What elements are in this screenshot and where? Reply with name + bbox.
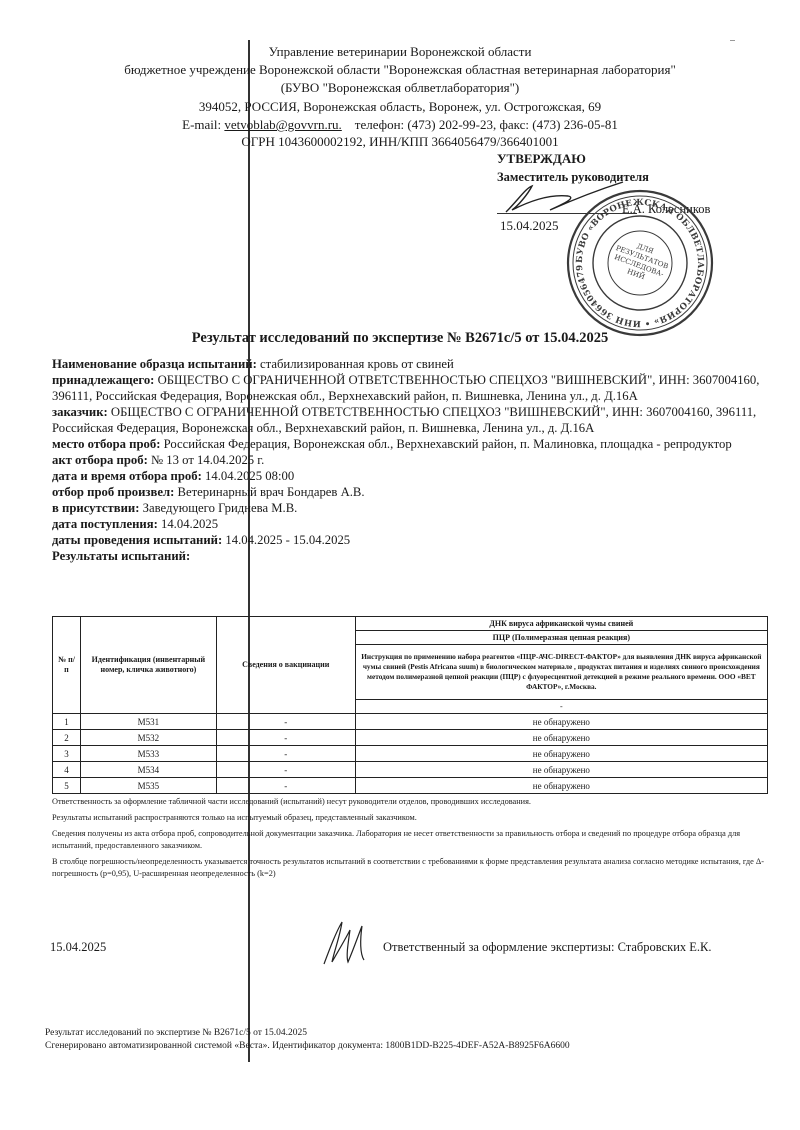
email-label: E-mail: (182, 117, 221, 132)
approval-title: УТВЕРЖДАЮ (497, 150, 649, 168)
info-customer: заказчик: ОБЩЕСТВО С ОГРАНИЧЕННОЙ ОТВЕТС… (52, 404, 762, 436)
disclaimer-notes: Ответственность за оформление табличной … (52, 796, 772, 884)
info-sampler: отбор проб произвел: Ветеринарный врач Б… (52, 484, 762, 500)
info-owner: принадлежащего: ОБЩЕСТВО С ОГРАНИЧЕННОЙ … (52, 372, 762, 404)
header-agency: Управление ветеринарии Воронежской облас… (0, 43, 800, 60)
responsible-person: Ответственный за оформление экспертизы: … (383, 940, 712, 955)
header-registration: ОГРН 1043600002192, ИНН/КПП 3664056479/3… (0, 133, 800, 150)
info-results-heading: Результаты испытаний: (52, 548, 762, 564)
sample-info: Наименование образца испытаний: стабилиз… (52, 356, 762, 564)
th-vaccination: Сведения о вакцинации (216, 617, 355, 714)
note-uncertainty: В столбце погрешность/неопределенность у… (52, 856, 772, 880)
info-witness: в присутствии: Заведующего Гриднева М.В. (52, 500, 762, 516)
scan-artifact-tick (730, 40, 735, 41)
footer-reference: Результат исследований по экспертизе № B… (45, 1027, 570, 1040)
header-short-name: (БУВО "Воронежская облветлаборатория") (0, 79, 800, 96)
results-table: № п/п Идентификация (инвентарный номер, … (52, 616, 768, 794)
th-result-method: ПЦР (Полимеразная цепная реакция) (355, 631, 767, 645)
footer-generated-id: Сгенерировано автоматизированной системо… (45, 1040, 570, 1053)
table-row: 2 M532 - не обнаружено (53, 730, 768, 746)
header-contacts: E-mail: vetvoblab@govvrn.ru. телефон: (4… (0, 116, 800, 133)
info-sampling-place: место отбора проб: Российская Федерация,… (52, 436, 762, 452)
header-address: 394052, РОССИЯ, Воронежская область, Вор… (0, 98, 800, 115)
table-row: 5 M535 - не обнаружено (53, 778, 768, 794)
note-scope: Результаты испытаний распространяются то… (52, 812, 772, 824)
th-identification: Идентификация (инвентарный номер, кличка… (80, 617, 216, 714)
info-sampling-datetime: дата и время отбора проб: 14.04.2025 08:… (52, 468, 762, 484)
document-title: Результат исследований по экспертизе № B… (0, 330, 800, 347)
th-result-unit: - (355, 700, 767, 714)
approval-date: 15.04.2025 (500, 218, 559, 234)
phones: телефон: (473) 202-99-23, факс: (473) 23… (355, 117, 618, 132)
document-footer: Результат исследований по экспертизе № B… (45, 1027, 570, 1053)
info-receipt-date: дата поступления: 14.04.2025 (52, 516, 762, 532)
info-sample-name: Наименование образца испытаний: стабилиз… (52, 356, 762, 372)
note-source: Сведения получены из акта отбора проб, с… (52, 828, 772, 852)
responsible-signature-icon (318, 918, 378, 968)
th-result-title: ДНК вируса африканской чумы свиней (355, 617, 767, 631)
info-test-dates: даты проведения испытаний: 14.04.2025 - … (52, 532, 762, 548)
th-number: № п/п (53, 617, 81, 714)
note-responsibility: Ответственность за оформление табличной … (52, 796, 772, 808)
email-link[interactable]: vetvoblab@govvrn.ru. (224, 117, 341, 132)
table-row: 1 M531 - не обнаружено (53, 714, 768, 730)
header-institution: бюджетное учреждение Воронежской области… (0, 61, 800, 78)
table-row: 4 M534 - не обнаружено (53, 762, 768, 778)
table-row: 3 M533 - не обнаружено (53, 746, 768, 762)
footer-date: 15.04.2025 (50, 940, 106, 955)
info-sampling-act: акт отбора проб: № 13 от 14.04.2025 г. (52, 452, 762, 468)
official-stamp-icon: БУВО «ВОРОНЕЖСКАЯ ОБЛВЕТЛАБОРАТОРИЯ» • И… (565, 188, 715, 338)
th-result-instruction: Инструкция по применению набора реагенто… (355, 645, 767, 700)
